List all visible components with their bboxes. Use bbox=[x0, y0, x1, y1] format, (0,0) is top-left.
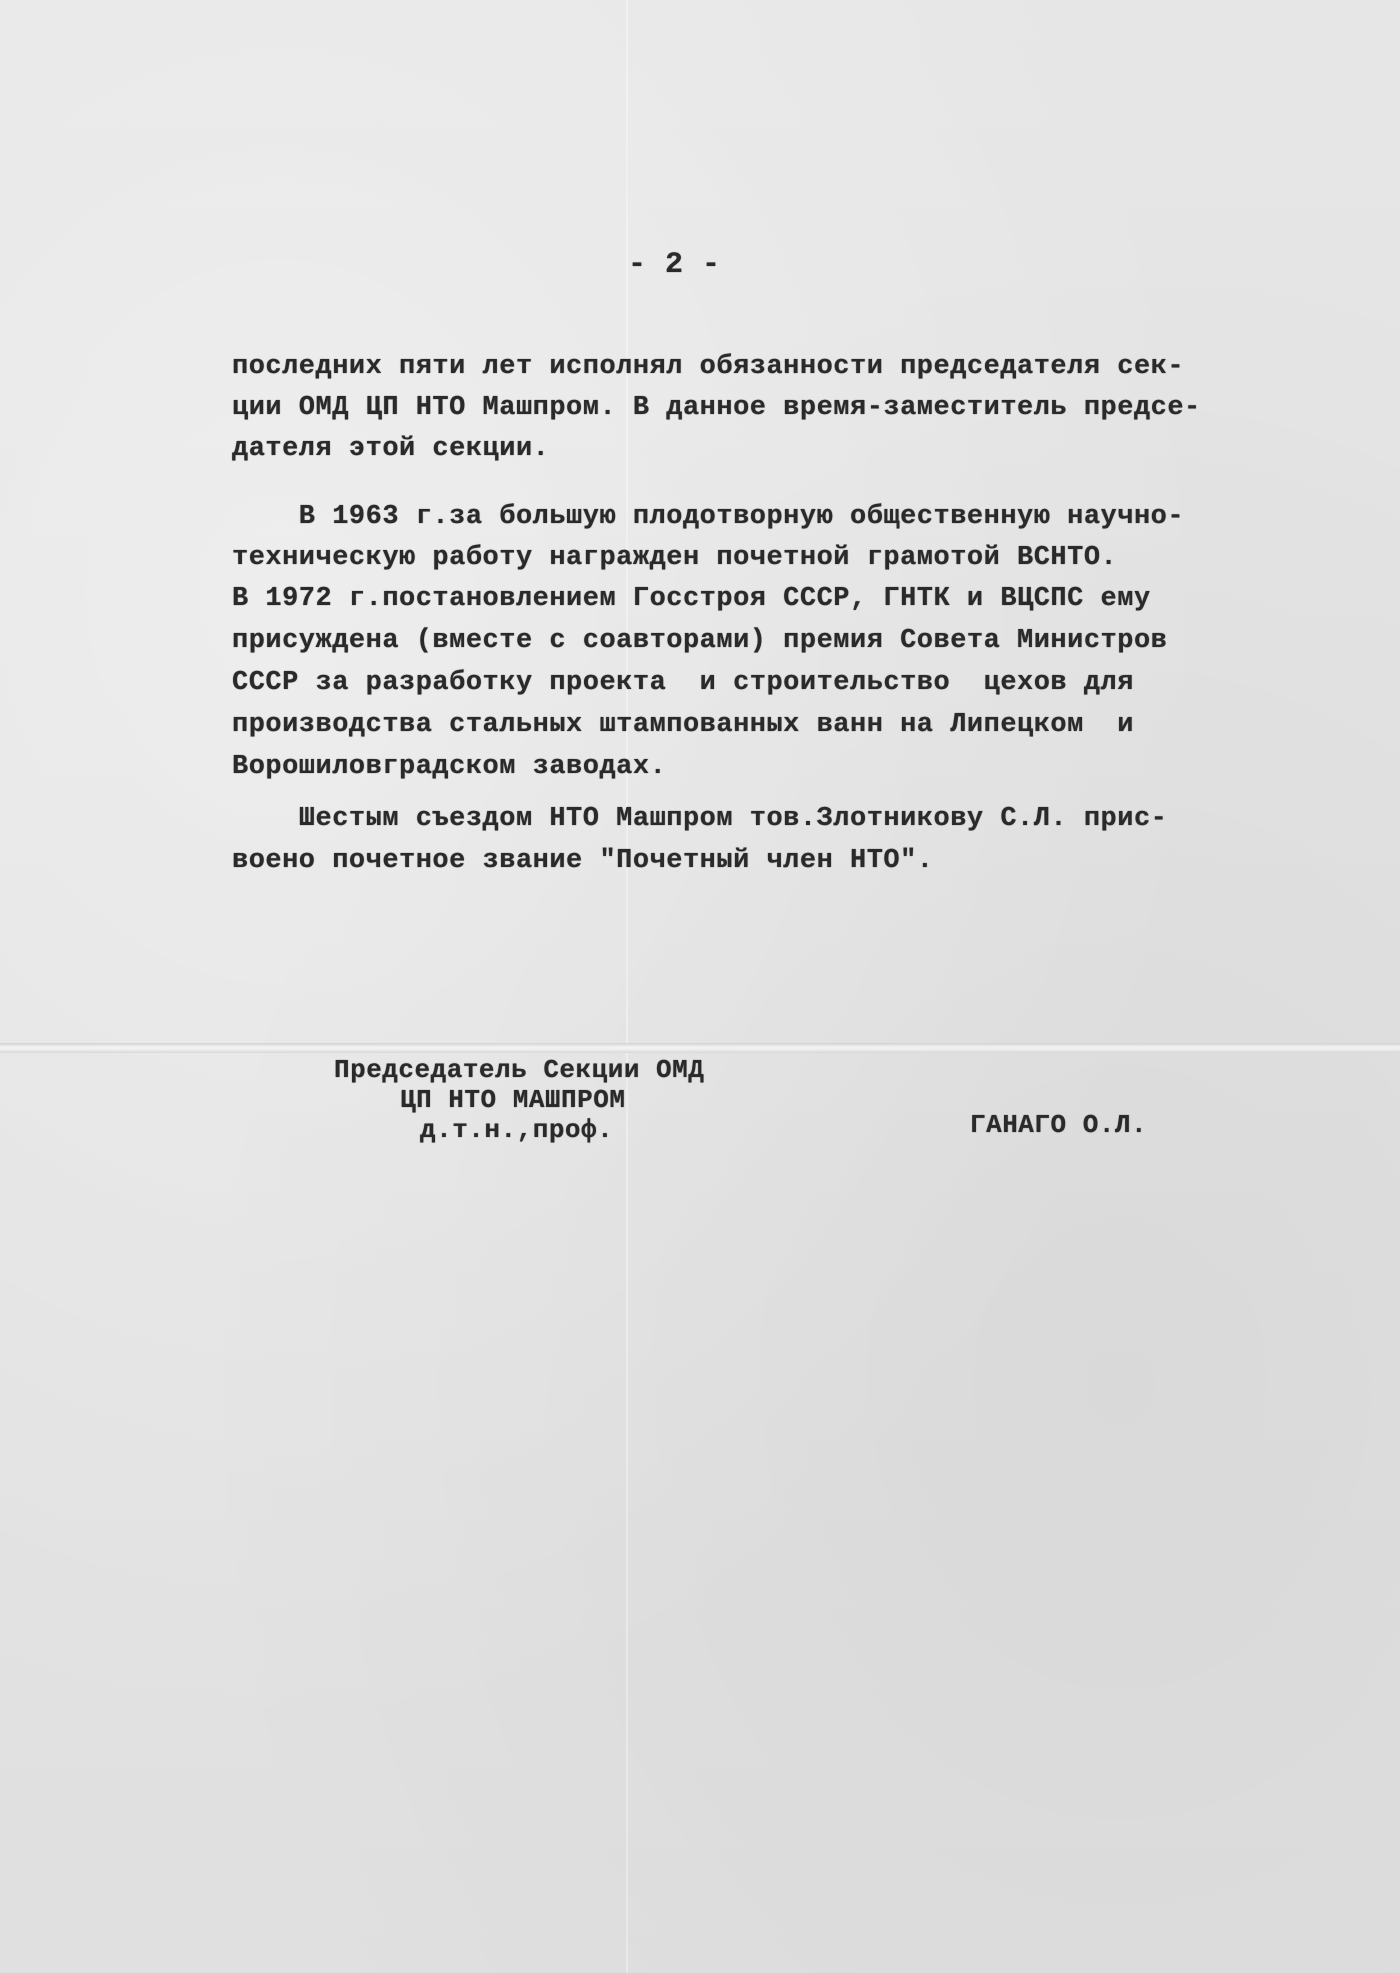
text-line: дателя этой секции. bbox=[232, 434, 549, 464]
paper-background bbox=[0, 0, 1400, 1973]
signatory-organization: ЦП НТО МАШПРОМ bbox=[400, 1085, 625, 1115]
text-line: присуждена (вместе с соавторами) премия … bbox=[232, 626, 1167, 656]
signatory-title: Председатель Секции ОМД bbox=[334, 1055, 704, 1085]
text-line: техническую работу награжден почетной гр… bbox=[232, 543, 1117, 573]
paper-fold-vertical bbox=[626, 0, 628, 1973]
page-number: - 2 - bbox=[628, 248, 721, 282]
text-line: СССР за разработку проекта и строительст… bbox=[232, 668, 1134, 698]
text-line: В 1963 г.за большую плодотворную обществ… bbox=[232, 502, 1184, 532]
signatory-degree: д.т.н.,проф. bbox=[420, 1115, 613, 1145]
signatory-name: ГАНАГО О.Л. bbox=[970, 1110, 1147, 1140]
text-line: Шестым съездом НТО Машпром тов.Злотников… bbox=[232, 804, 1167, 834]
paper-fold-horizontal bbox=[0, 1043, 1400, 1053]
text-line: В 1972 г.постановлением Госстроя СССР, Г… bbox=[232, 584, 1151, 614]
text-line: Ворошиловградском заводах. bbox=[232, 752, 666, 782]
text-line: ции ОМД ЦП НТО Машпром. В данное время-з… bbox=[232, 393, 1201, 423]
text-line: производства стальных штампованных ванн … bbox=[232, 710, 1134, 740]
text-line: последних пяти лет исполнял обязанности … bbox=[232, 352, 1184, 382]
text-line: воено почетное звание "Почетный член НТО… bbox=[232, 846, 934, 876]
